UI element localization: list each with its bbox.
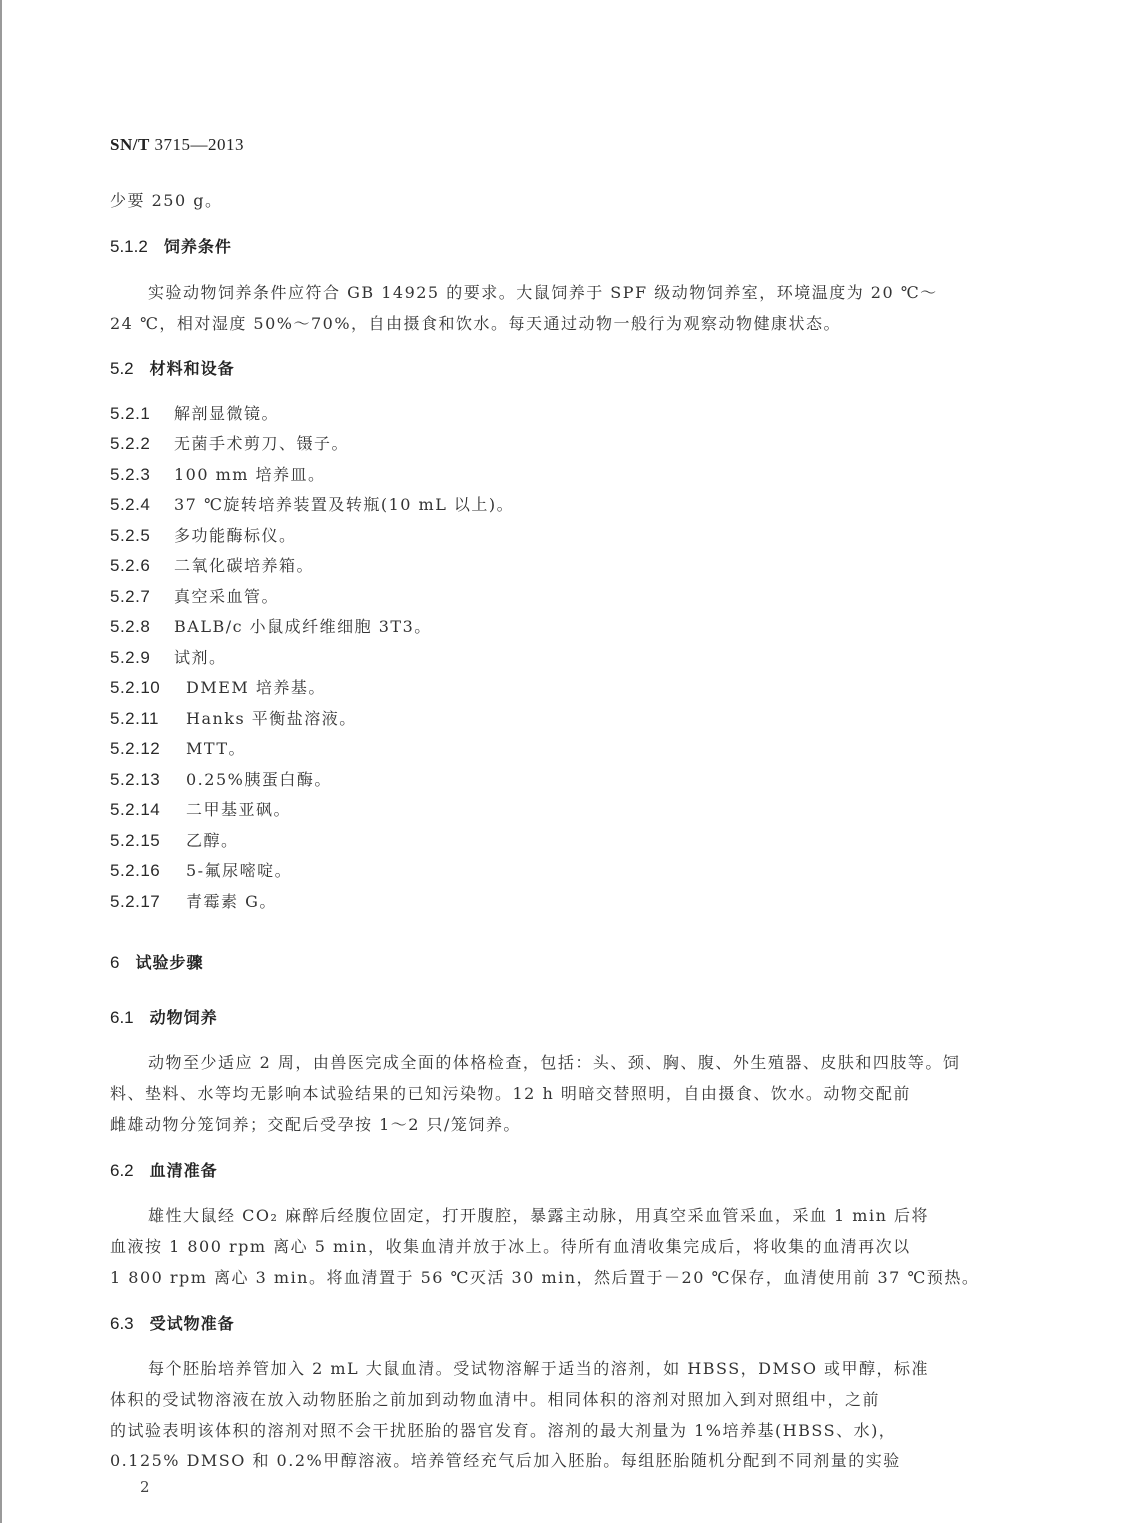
section-heading-6-1: 6.1动物饲养 xyxy=(110,1005,218,1028)
paragraph-line: 的试验表明该体积的溶剂对照不会干扰胚胎的器官发育。溶剂的最大剂量为 1%培养基(… xyxy=(110,1418,896,1441)
standard-number: 3715—2013 xyxy=(155,135,245,154)
section-title: 血清准备 xyxy=(150,1161,218,1180)
item-text: 二氧化碳培养箱。 xyxy=(174,556,314,575)
item-text: 试剂。 xyxy=(174,648,227,667)
standard-code-header: SN/T 3715—2013 xyxy=(110,135,244,155)
item-number: 5.2.6 xyxy=(110,556,174,576)
paragraph-line: 每个胚胎培养管加入 2 mL 大鼠血清。受试物溶解于适当的溶剂，如 HBSS，D… xyxy=(148,1356,929,1379)
item-text: 37 ℃旋转培养装置及转瓶(10 mL 以上)。 xyxy=(174,495,514,514)
item-number: 5.2.13 xyxy=(110,770,186,790)
item-text: 真空采血管。 xyxy=(174,587,279,606)
paragraph-line: 1 800 rpm 离心 3 min。将血清置于 56 ℃灭活 30 min，然… xyxy=(110,1265,979,1288)
section-number: 5.2 xyxy=(110,359,134,378)
paragraph-line: 动物至少适应 2 周，由兽医完成全面的体格检查，包括：头、颈、胸、腹、外生殖器、… xyxy=(148,1050,960,1073)
list-item: 5.2.10DMEM 培养基。 xyxy=(110,675,326,698)
section-title: 饲养条件 xyxy=(164,237,232,256)
list-item: 5.2.6二氧化碳培养箱。 xyxy=(110,553,314,576)
item-number: 5.2.5 xyxy=(110,526,174,546)
list-item: 5.2.2无菌手术剪刀、镊子。 xyxy=(110,431,349,454)
paragraph-line: 雌雄动物分笼饲养；交配后受孕按 1～2 只/笼饲养。 xyxy=(110,1112,521,1135)
list-item: 5.2.5多功能酶标仪。 xyxy=(110,523,297,546)
paragraph-line: 实验动物饲养条件应符合 GB 14925 的要求。大鼠饲养于 SPF 级动物饲养… xyxy=(148,280,938,303)
section-number: 6.2 xyxy=(110,1161,134,1180)
list-item: 5.2.11Hanks 平衡盐溶液。 xyxy=(110,706,357,729)
section-number: 5.1.2 xyxy=(110,237,148,256)
item-text: MTT。 xyxy=(186,739,246,758)
section-heading-6-3: 6.3受试物准备 xyxy=(110,1311,235,1334)
item-text: Hanks 平衡盐溶液。 xyxy=(186,709,357,728)
standard-prefix: SN/T xyxy=(110,135,150,154)
item-text: 解剖显微镜。 xyxy=(174,404,279,423)
section-heading-5-1-2: 5.1.2饲养条件 xyxy=(110,234,232,257)
section-title: 动物饲养 xyxy=(150,1008,218,1027)
item-text: 100 mm 培养皿。 xyxy=(174,465,326,484)
section-number: 6 xyxy=(110,953,119,972)
continuation-text: 少要 250 g。 xyxy=(110,188,222,211)
item-number: 5.2.4 xyxy=(110,495,174,515)
section-title: 受试物准备 xyxy=(150,1314,235,1333)
list-item: 5.2.1解剖显微镜。 xyxy=(110,401,279,424)
paragraph-line: 料、垫料、水等均无影响本试验结果的已知污染物。12 h 明暗交替照明，自由摄食、… xyxy=(110,1081,911,1104)
item-text: 青霉素 G。 xyxy=(186,892,277,911)
list-item: 5.2.7真空采血管。 xyxy=(110,584,279,607)
paragraph-line: 雄性大鼠经 CO₂ 麻醉后经腹位固定，打开腹腔，暴露主动脉，用真空采血管采血，采… xyxy=(148,1203,929,1226)
item-number: 5.2.1 xyxy=(110,404,174,424)
paragraph-line: 体积的受试物溶液在放入动物胚胎之前加到动物血清中。相同体积的溶剂对照加入到对照组… xyxy=(110,1387,880,1410)
list-item: 5.2.9试剂。 xyxy=(110,645,227,668)
item-number: 5.2.10 xyxy=(110,678,186,698)
item-text: 二甲基亚砜。 xyxy=(186,800,291,819)
item-number: 5.2.15 xyxy=(110,831,186,851)
section-heading-6-2: 6.2血清准备 xyxy=(110,1158,218,1181)
item-number: 5.2.8 xyxy=(110,617,174,637)
item-text: 乙醇。 xyxy=(186,831,239,850)
paragraph-line: 0.125% DMSO 和 0.2%甲醇溶液。培养管经充气后加入胚胎。每组胚胎随… xyxy=(110,1448,901,1471)
section-title: 材料和设备 xyxy=(150,359,235,378)
item-number: 5.2.9 xyxy=(110,648,174,668)
section-number: 6.3 xyxy=(110,1314,134,1333)
list-item: 5.2.15乙醇。 xyxy=(110,828,239,851)
item-number: 5.2.7 xyxy=(110,587,174,607)
item-text: BALB/c 小鼠成纤维细胞 3T3。 xyxy=(174,617,432,636)
item-number: 5.2.14 xyxy=(110,800,186,820)
paragraph-line: 血液按 1 800 rpm 离心 5 min，收集血清并放于冰上。待所有血清收集… xyxy=(110,1234,911,1257)
item-number: 5.2.12 xyxy=(110,739,186,759)
page-left-border xyxy=(0,0,2,1523)
item-text: DMEM 培养基。 xyxy=(186,678,326,697)
item-text: 5-氟尿嘧啶。 xyxy=(186,861,292,880)
list-item: 5.2.14二甲基亚砜。 xyxy=(110,797,291,820)
paragraph-line: 24 ℃，相对湿度 50%～70%，自由摄食和饮水。每天通过动物一般行为观察动物… xyxy=(110,311,841,334)
item-text: 多功能酶标仪。 xyxy=(174,526,297,545)
list-item: 5.2.8BALB/c 小鼠成纤维细胞 3T3。 xyxy=(110,614,432,637)
list-item: 5.2.165-氟尿嘧啶。 xyxy=(110,858,292,881)
list-item: 5.2.130.25%胰蛋白酶。 xyxy=(110,767,332,790)
item-number: 5.2.2 xyxy=(110,434,174,454)
item-text: 0.25%胰蛋白酶。 xyxy=(186,770,332,789)
list-item: 5.2.437 ℃旋转培养装置及转瓶(10 mL 以上)。 xyxy=(110,492,514,515)
section-title: 试验步骤 xyxy=(135,953,203,972)
list-item: 5.2.17青霉素 G。 xyxy=(110,889,277,912)
item-number: 5.2.3 xyxy=(110,465,174,485)
item-number: 5.2.11 xyxy=(110,709,186,729)
item-number: 5.2.17 xyxy=(110,892,186,912)
list-item: 5.2.12MTT。 xyxy=(110,736,246,759)
page-number: 2 xyxy=(140,1478,150,1496)
section-heading-5-2: 5.2材料和设备 xyxy=(110,356,235,379)
item-number: 5.2.16 xyxy=(110,861,186,881)
item-text: 无菌手术剪刀、镊子。 xyxy=(174,434,349,453)
list-item: 5.2.3100 mm 培养皿。 xyxy=(110,462,326,485)
section-number: 6.1 xyxy=(110,1008,134,1027)
section-heading-6: 6试验步骤 xyxy=(110,950,203,973)
